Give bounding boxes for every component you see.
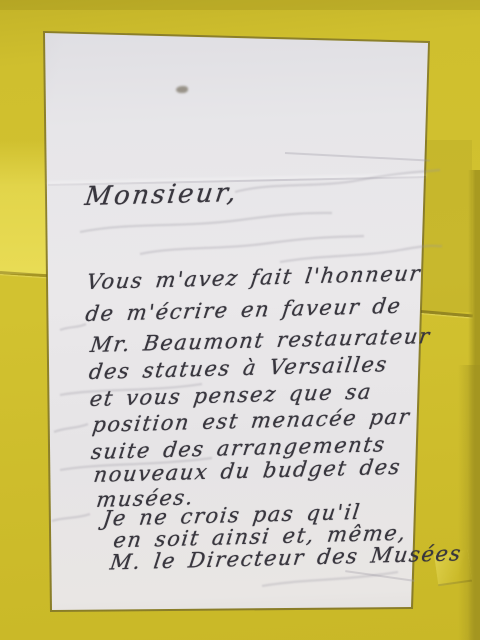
- letter-line-2: de m'écrire en faveur de: [84, 294, 403, 326]
- letter-line-4: des statues à Versailles: [88, 352, 390, 384]
- letter-salutation: Monsieur,: [83, 178, 240, 212]
- letter-line-1: Vous m'avez fait l'honneur: [85, 261, 423, 294]
- letter-photograph: Monsieur, Vous m'avez fait l'honneur de …: [0, 0, 480, 640]
- handwriting-layer: Monsieur, Vous m'avez fait l'honneur de …: [0, 0, 480, 640]
